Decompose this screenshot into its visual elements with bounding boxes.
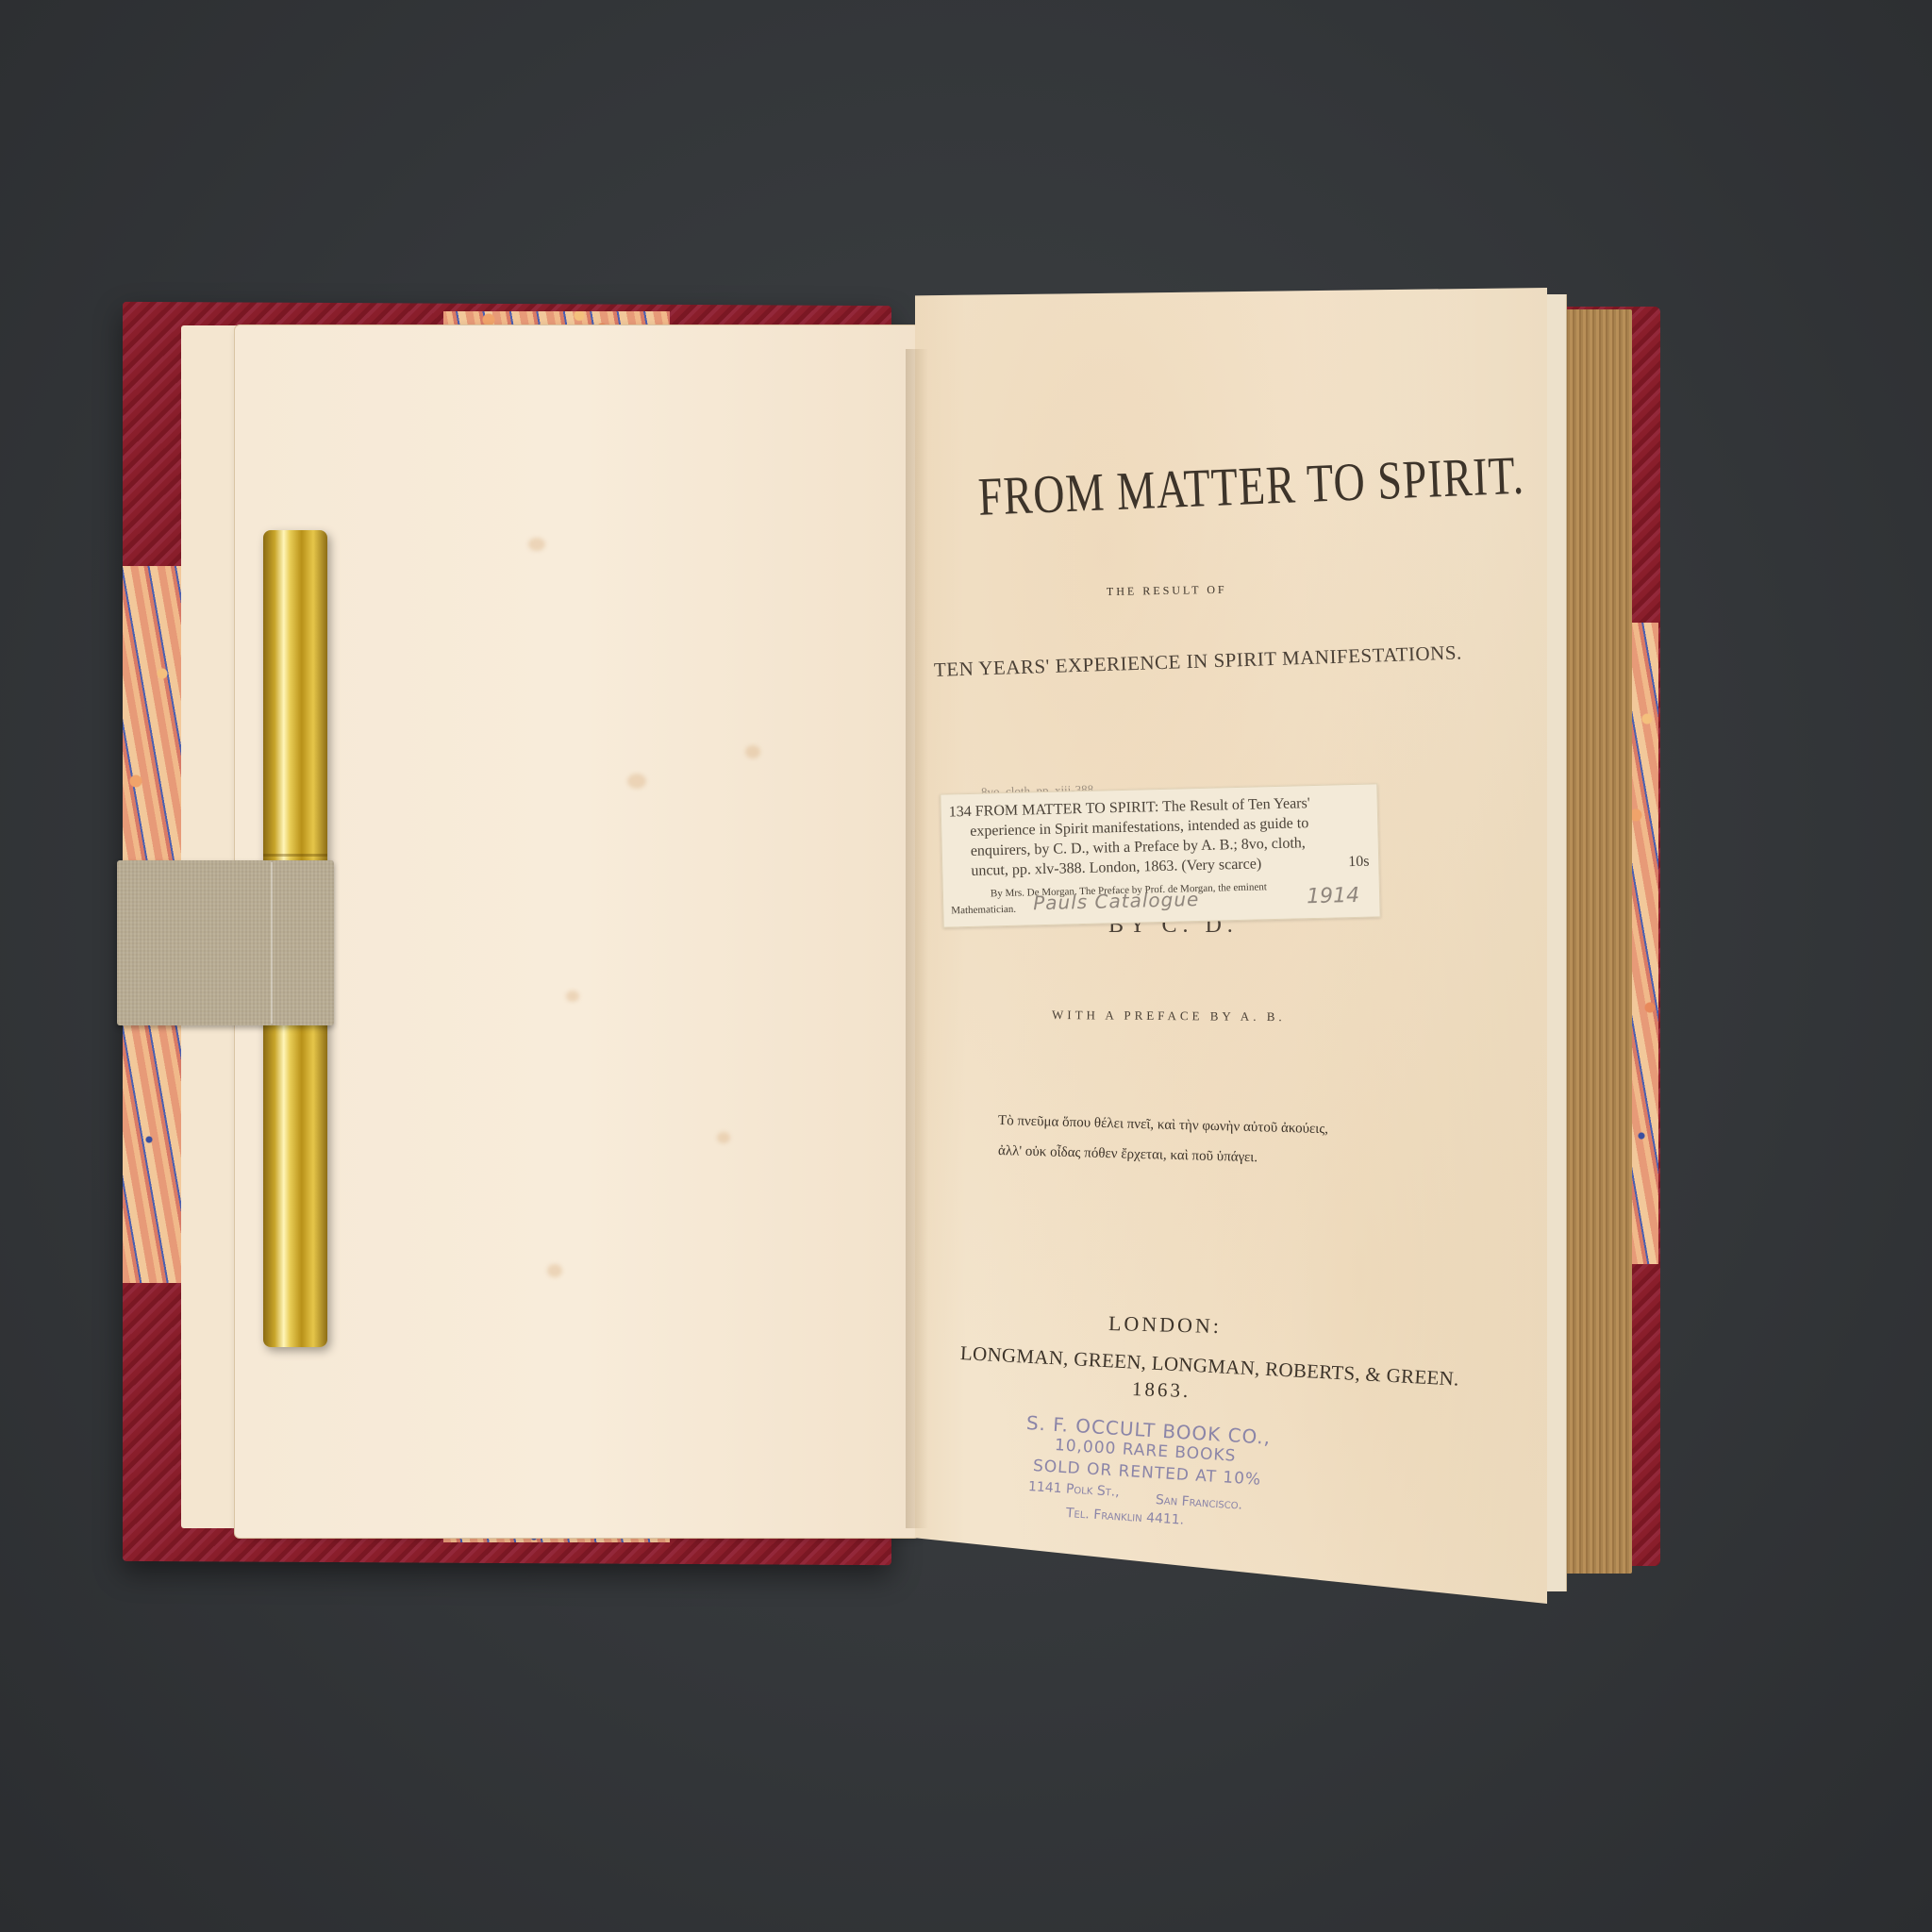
pencil-annotation: Pauls Catalogue xyxy=(1033,888,1200,914)
front-free-endpaper[interactable] xyxy=(234,325,920,1539)
foxing-spot xyxy=(717,1132,730,1143)
lot-number: 134 xyxy=(949,804,972,821)
page-block-fore-edge xyxy=(1561,309,1632,1574)
pencil-annotation-year: 1914 xyxy=(1307,884,1360,908)
linen-pen-strap xyxy=(117,860,334,1025)
preface-credit: WITH A PREFACE BY A. B. xyxy=(1052,1008,1286,1024)
catalogue-clipping: 134 FROM MATTER TO SPIRIT: The Result of… xyxy=(940,783,1380,927)
clipping-note-2: Mathematician. xyxy=(951,904,1016,917)
foxing-spot xyxy=(745,745,760,758)
foxing-spot xyxy=(528,538,545,551)
clipping-line-4: uncut, pp. xlv-388. London, 1863. (Very … xyxy=(971,856,1261,880)
clipping-price: 10s xyxy=(1348,854,1370,872)
imprint-year: 1863. xyxy=(1132,1377,1191,1403)
strap-seam xyxy=(271,862,273,1024)
title-result-of: THE RESULT OF xyxy=(1107,583,1227,599)
imprint-city: LONDON: xyxy=(1108,1311,1223,1339)
foxing-spot xyxy=(566,991,579,1002)
pen-cap-seam xyxy=(263,854,327,857)
marbled-board-right xyxy=(1630,623,1658,1264)
foxing-spot xyxy=(547,1264,562,1277)
foxing-spot xyxy=(627,774,646,789)
gutter-shadow xyxy=(906,349,928,1528)
